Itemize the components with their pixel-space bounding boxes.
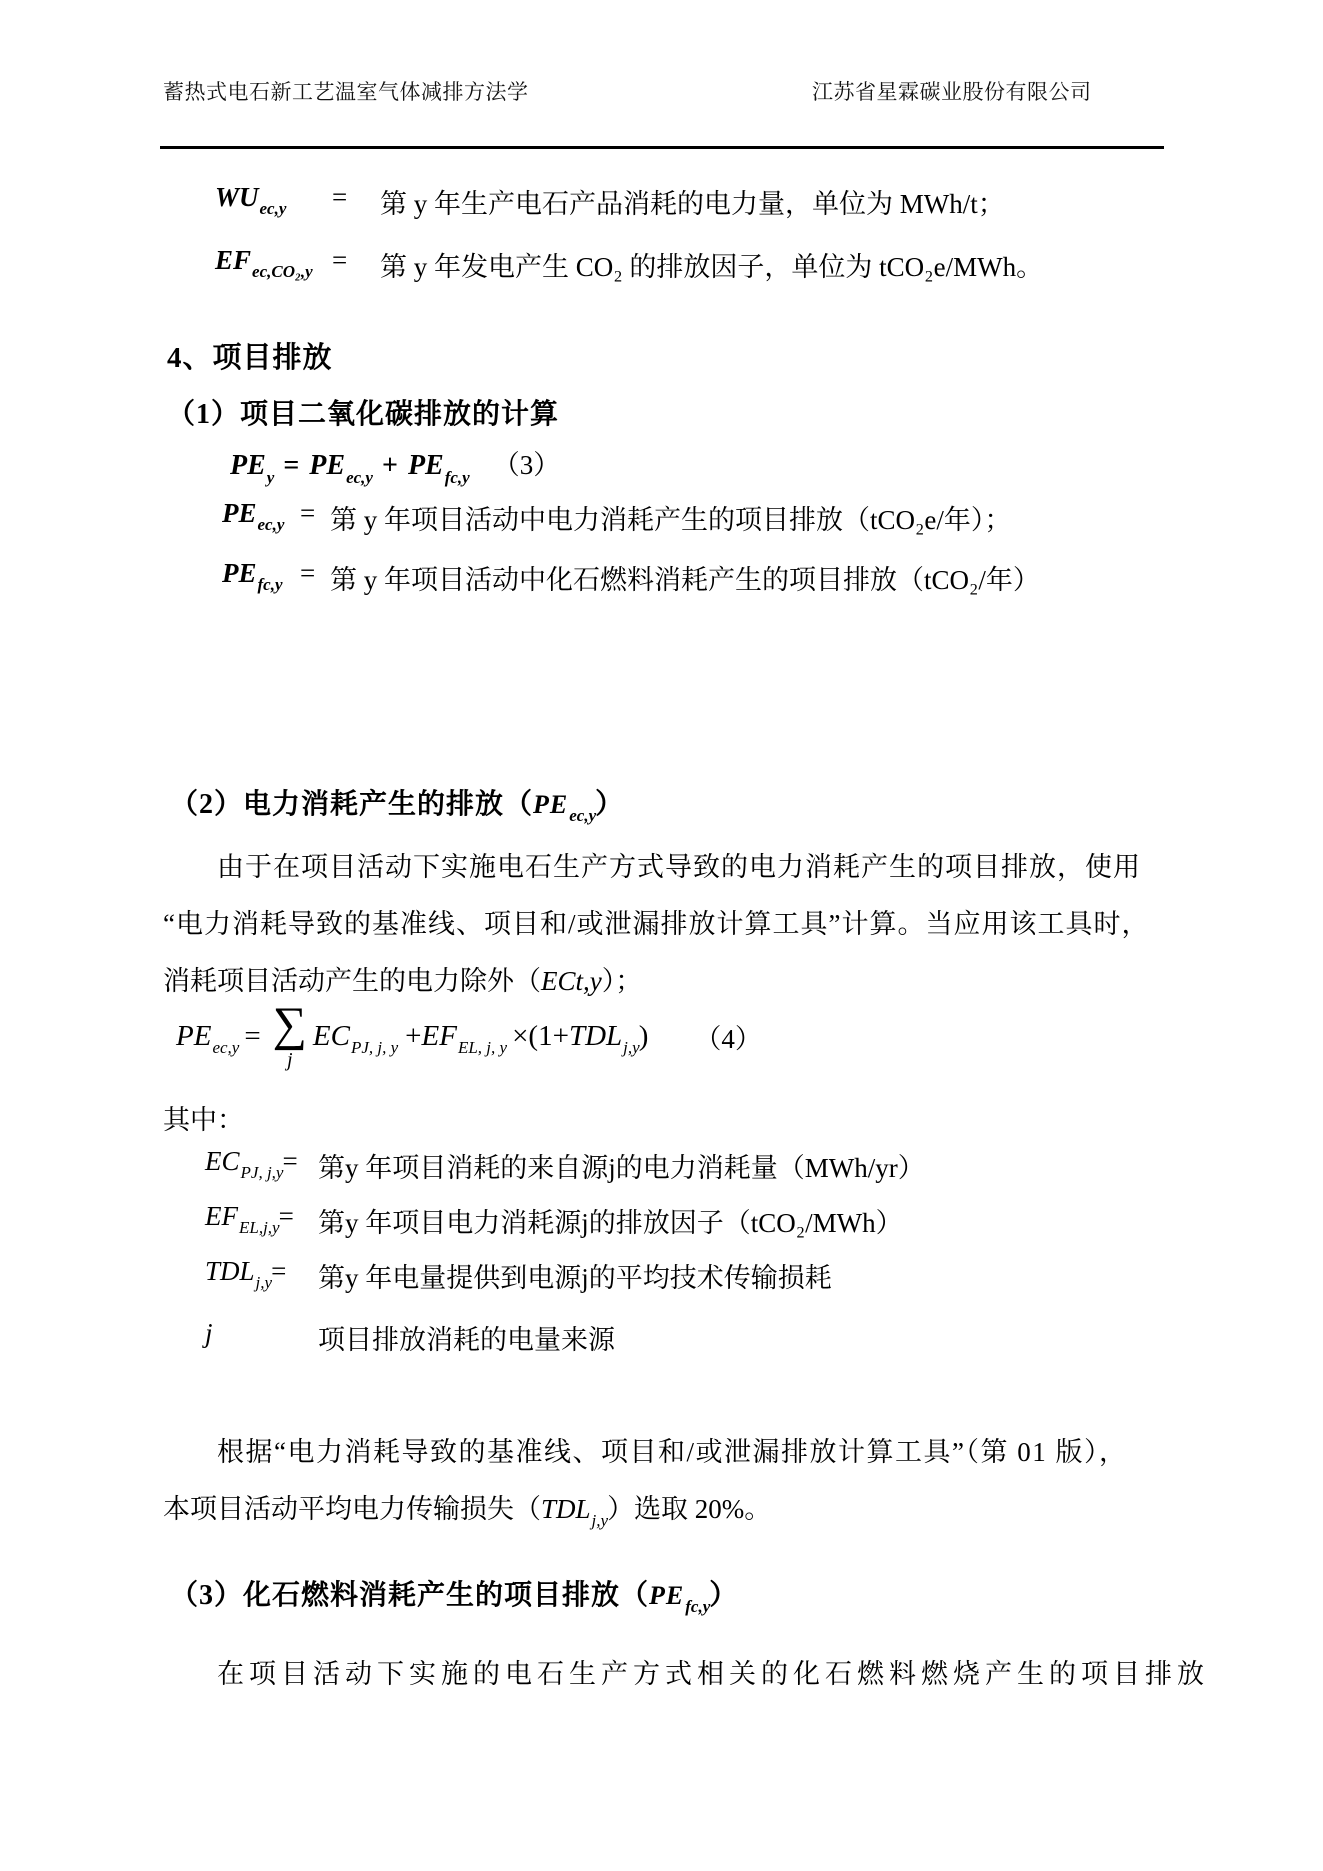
symbol-ef: EFec,CO₂,y xyxy=(215,245,312,276)
close-paren: ) xyxy=(639,1020,649,1053)
formula-term: PEec,y xyxy=(176,1020,238,1053)
symbol-wu: WUec,y xyxy=(215,182,285,213)
symbol-pe-fc: PEfc,y xyxy=(222,558,282,589)
paragraph-line: 由于在项目活动下实施电石生产方式导致的电力消耗产生的项目排放，使用 xyxy=(217,845,1141,884)
formula-number: （3） xyxy=(493,443,561,482)
formula-4: PEec,y = ∑j ECPJ, j, y + EFEL, j, y ×(1+… xyxy=(176,988,762,1084)
symbol-subscript: ec,y xyxy=(260,199,287,218)
equals-sign: = xyxy=(300,498,315,529)
subsection-3-heading: （3）化石燃料消耗产生的项目排放（PEfc,y） xyxy=(170,1573,738,1613)
paragraph-line: 在项目活动下实施的电石生产方式相关的化石燃料燃烧产生的项目排放 xyxy=(217,1652,1209,1691)
symbol-tdl-inline: TDLj,y xyxy=(541,1494,607,1524)
times-open-paren: ×(1+ xyxy=(512,1020,569,1053)
definition-text: 第 y 年生产电石产品消耗的电力量，单位为 MWh/t； xyxy=(380,182,1005,221)
equals-sign: = xyxy=(244,1020,260,1053)
equals-sign: = xyxy=(283,450,299,482)
paragraph-line: “电力消耗导致的基准线、项目和/或泄漏排放计算工具”计算。当应用该工具时， xyxy=(163,902,1149,941)
summation-symbol: ∑j xyxy=(273,1002,307,1070)
symbol-ec-pj: ECPJ, j,y= xyxy=(205,1146,298,1177)
symbol-j: j xyxy=(205,1318,213,1349)
formula-number: （4） xyxy=(694,1017,762,1056)
symbol-subscript: ec,CO₂,y xyxy=(252,262,313,281)
subsection-1-heading: （1）项目二氧化碳排放的计算 xyxy=(167,392,559,432)
definition-row-wu: WUec,y = 第 y 年生产电石产品消耗的电力量，单位为 MWh/t； xyxy=(0,182,1323,222)
symbol-base: EF xyxy=(215,245,251,275)
definition-row-pe-ec: PEec,y = 第 y 年项目活动中电力消耗产生的项目排放（tCO₂e/年）； xyxy=(0,498,1323,538)
plus-sign: + xyxy=(382,450,398,482)
equals-sign: = xyxy=(300,558,315,589)
formula-term: PEy xyxy=(230,450,273,482)
definition-row-tdl: TDLj,y= 第y 年电量提供到电源j的平均技术传输损耗 xyxy=(0,1256,1323,1296)
formula-3: PEy = PEec,y + PEfc,y （3） xyxy=(230,443,560,482)
section-4-heading: 4、项目排放 xyxy=(167,335,333,376)
definition-text: 第y 年项目消耗的来自源j的电力消耗量（MWh/yr） xyxy=(318,1146,925,1185)
formula-term: EFEL, j, y xyxy=(422,1020,507,1053)
paragraph-line: 本项目活动平均电力传输损失（TDLj,y）选取 20%。 xyxy=(163,1487,771,1526)
definition-row-ef: EFec,CO₂,y = 第 y 年发电产生 CO₂ 的排放因子，单位为 tCO… xyxy=(0,245,1323,285)
definition-text: 第y 年项目电力消耗源j的排放因子（tCO₂/MWh） xyxy=(318,1201,903,1240)
document-page: 蓄热式电石新工艺温室气体减排方法学 江苏省星霖碳业股份有限公司 WUec,y =… xyxy=(0,0,1323,1871)
equals-sign: = xyxy=(332,182,347,213)
header-right-company: 江苏省星霖碳业股份有限公司 xyxy=(812,76,1092,106)
definition-text: 第 y 年发电产生 CO₂ 的排放因子，单位为 tCO₂e/MWh。 xyxy=(380,245,1043,284)
definition-row-ec: ECPJ, j,y= 第y 年项目消耗的来自源j的电力消耗量（MWh/yr） xyxy=(0,1146,1323,1186)
symbol-tdl: TDLj,y= xyxy=(205,1256,286,1287)
plus-sign: + xyxy=(405,1020,421,1053)
symbol-base: WU xyxy=(215,182,259,212)
definition-row-ef-el: EFEL,j,y= 第y 年项目电力消耗源j的排放因子（tCO₂/MWh） xyxy=(0,1201,1323,1241)
formula-term: TDLj,y xyxy=(569,1020,639,1053)
paragraph-line: 根据“电力消耗导致的基准线、项目和/或泄漏排放计算工具”（第 01 版）， xyxy=(217,1430,1127,1469)
definition-row-pe-fc: PEfc,y = 第 y 年项目活动中化石燃料消耗产生的项目排放（tCO₂/年） xyxy=(0,558,1323,598)
where-label: 其中： xyxy=(163,1098,244,1137)
equals-sign: = xyxy=(332,245,347,276)
formula-term: PEec,y xyxy=(309,450,372,482)
formula-term: PEfc,y xyxy=(408,450,469,482)
subsection-2-heading: （2）电力消耗产生的排放（PEec,y） xyxy=(170,782,624,822)
symbol-pe-ec: PEec,y xyxy=(222,498,283,529)
symbol-ef-el: EFEL,j,y= xyxy=(205,1201,294,1232)
definition-text: 第 y 年项目活动中化石燃料消耗产生的项目排放（tCO₂/年） xyxy=(330,558,1040,597)
definition-text: 项目排放消耗的电量来源 xyxy=(318,1318,615,1357)
definition-text: 第y 年电量提供到电源j的平均技术传输损耗 xyxy=(318,1256,832,1295)
formula-term: ECPJ, j, y xyxy=(313,1020,397,1053)
definition-text: 第 y 年项目活动中电力消耗产生的项目排放（tCO₂e/年）； xyxy=(330,498,1011,537)
header-rule xyxy=(160,146,1164,149)
header-left-title: 蓄热式电石新工艺温室气体减排方法学 xyxy=(163,76,529,106)
definition-row-j: j 项目排放消耗的电量来源 xyxy=(0,1318,1323,1358)
